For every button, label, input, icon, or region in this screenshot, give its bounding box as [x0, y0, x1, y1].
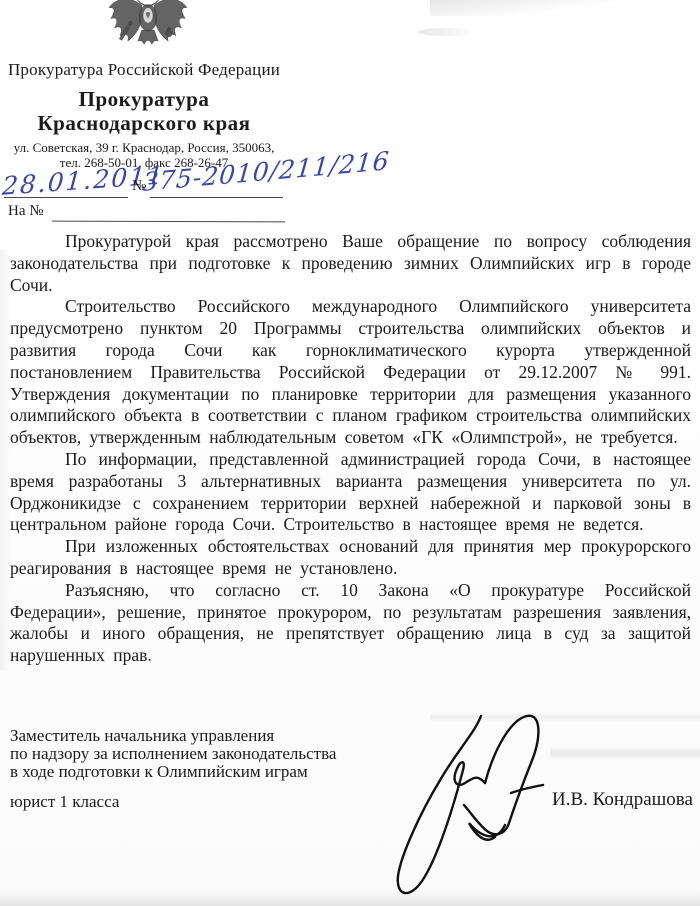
date-underline: [4, 197, 128, 198]
address-line: ул. Советская, 39 г. Краснодар, Россия, …: [0, 140, 288, 156]
body-paragraph: При изложенных обстоятельствах оснований…: [10, 536, 691, 580]
scan-crease: [0, 250, 10, 670]
scan-crease: [550, 746, 700, 760]
organization-name-line1: Прокуратура: [0, 87, 288, 112]
body-paragraph: Разъясняю, что согласно ст. 10 Закона «О…: [10, 580, 691, 667]
signer-name: И.В. Кондрашова: [552, 789, 693, 811]
scan-crease: [430, 0, 700, 16]
reply-number-underline: [52, 221, 285, 223]
signer-position-line: в ходе подготовки к Олимпийским играм: [10, 763, 336, 781]
scan-crease: [0, 892, 700, 906]
signer-position-line: по надзору за исполнением законодательст…: [10, 745, 336, 763]
reply-to-number-label: На №: [8, 203, 44, 220]
number-underline: [150, 197, 283, 198]
body-paragraph: Прокуратурой края рассмотрено Ваше обращ…: [10, 231, 691, 296]
letter-body: Прокуратурой края рассмотрено Ваше обращ…: [10, 231, 691, 667]
scan-crease: [418, 28, 478, 36]
parent-organization-name: Прокуратура Российской Федерации: [0, 60, 288, 80]
body-paragraph: Строительство Российского международного…: [10, 296, 691, 449]
signer-position-line: Заместитель начальника управления: [10, 727, 336, 745]
body-paragraph: По информации, представленной администра…: [10, 449, 691, 536]
signer-position: Заместитель начальника управления по над…: [10, 727, 336, 781]
organization-name-line2: Краснодарского края: [0, 111, 288, 136]
scanned-letter-page: Прокуратура Российской Федерации Прокура…: [0, 0, 700, 906]
signer-rank: юрист 1 класса: [10, 792, 119, 812]
handwritten-signature: [376, 704, 558, 906]
coat-of-arms-icon: [101, 0, 195, 52]
